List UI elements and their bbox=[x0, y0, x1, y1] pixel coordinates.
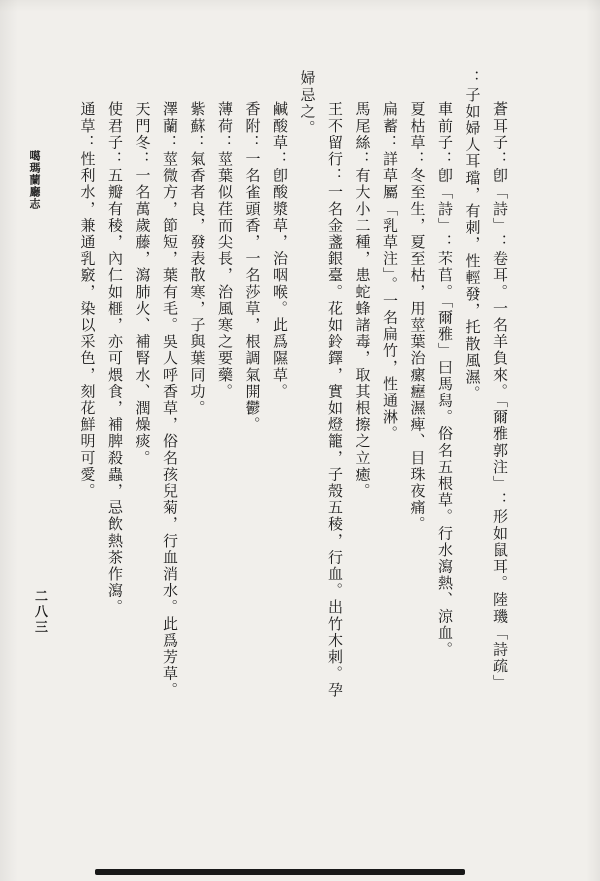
text-column-6: 馬尾絲：有大小二種，患蛇蜂諸毒，取其根擦之立癒。 bbox=[347, 70, 375, 499]
spine-title: 噶瑪蘭廳志 bbox=[27, 150, 40, 210]
text-column-7: 王不留行：一名金盞銀臺。花如鈴鐸，實如燈籠，子殼五稜，行血。出竹木刺。孕 bbox=[320, 70, 348, 699]
text-column-9: 鹹酸草：卽酸漿草，治咽喉。此爲隰草。 bbox=[265, 70, 293, 400]
text-column-14: 天門冬：一名萬歲藤，瀉肺火、補腎水、潤燥痰。 bbox=[127, 70, 155, 466]
text-column-1: 蒼耳子：卽「詩」：卷耳。一名羊負來。「爾雅郭注」：形如鼠耳。陸璣「詩疏」 bbox=[485, 70, 513, 691]
text-column-8: 婦忌之。 bbox=[292, 70, 320, 136]
body-text-block: 蒼耳子：卽「詩」：卷耳。一名羊負來。「爾雅郭注」：形如鼠耳。陸璣「詩疏」：子如婦… bbox=[68, 70, 512, 830]
text-column-5: 扁蓄：詳草屬「乳草注」。一名扁竹，性通淋。 bbox=[375, 70, 403, 442]
text-column-16: 通草：性利水，兼通乳竅，染以采色，刻花鮮明可愛。 bbox=[72, 70, 100, 499]
scanned-book-page: 噶瑪蘭廳志 蒼耳子：卽「詩」：卷耳。一名羊負來。「爾雅郭注」：形如鼠耳。陸璣「詩… bbox=[0, 0, 600, 881]
text-column-10: 香附：一名雀頭香，一名莎草，根調氣開鬱。 bbox=[237, 70, 265, 433]
text-column-13: 澤蘭：莖微方，節短，葉有毛。吳人呼香草，俗名孩兒菊，行血消水。此爲芳草。 bbox=[155, 70, 183, 699]
text-column-11: 薄荷：莖葉似荏而尖長，治風寒之要藥。 bbox=[210, 70, 238, 400]
page-number: 二八三 bbox=[33, 589, 48, 636]
text-column-15: 使君子：五瓣有稜，內仁如榧，亦可煨食，補脾殺蟲，忌飲熱茶作瀉。 bbox=[100, 70, 128, 616]
text-column-4: 夏枯草：冬至生，夏至枯，用莖葉治瘰癧濕痺、目珠夜痛。 bbox=[402, 70, 430, 533]
scan-edge-bar bbox=[95, 869, 465, 875]
text-column-2: ：子如婦人耳璫，有刺，性輕發，托散風濕。 bbox=[457, 70, 485, 402]
text-column-12: 紫蘇：氣香者良，發表散寒，子與葉同功。 bbox=[182, 70, 210, 416]
text-column-3: 車前子：卽「詩」：芣苢。「爾雅」曰馬舄。俗名五根草。行水瀉熱、涼血。 bbox=[430, 70, 458, 658]
